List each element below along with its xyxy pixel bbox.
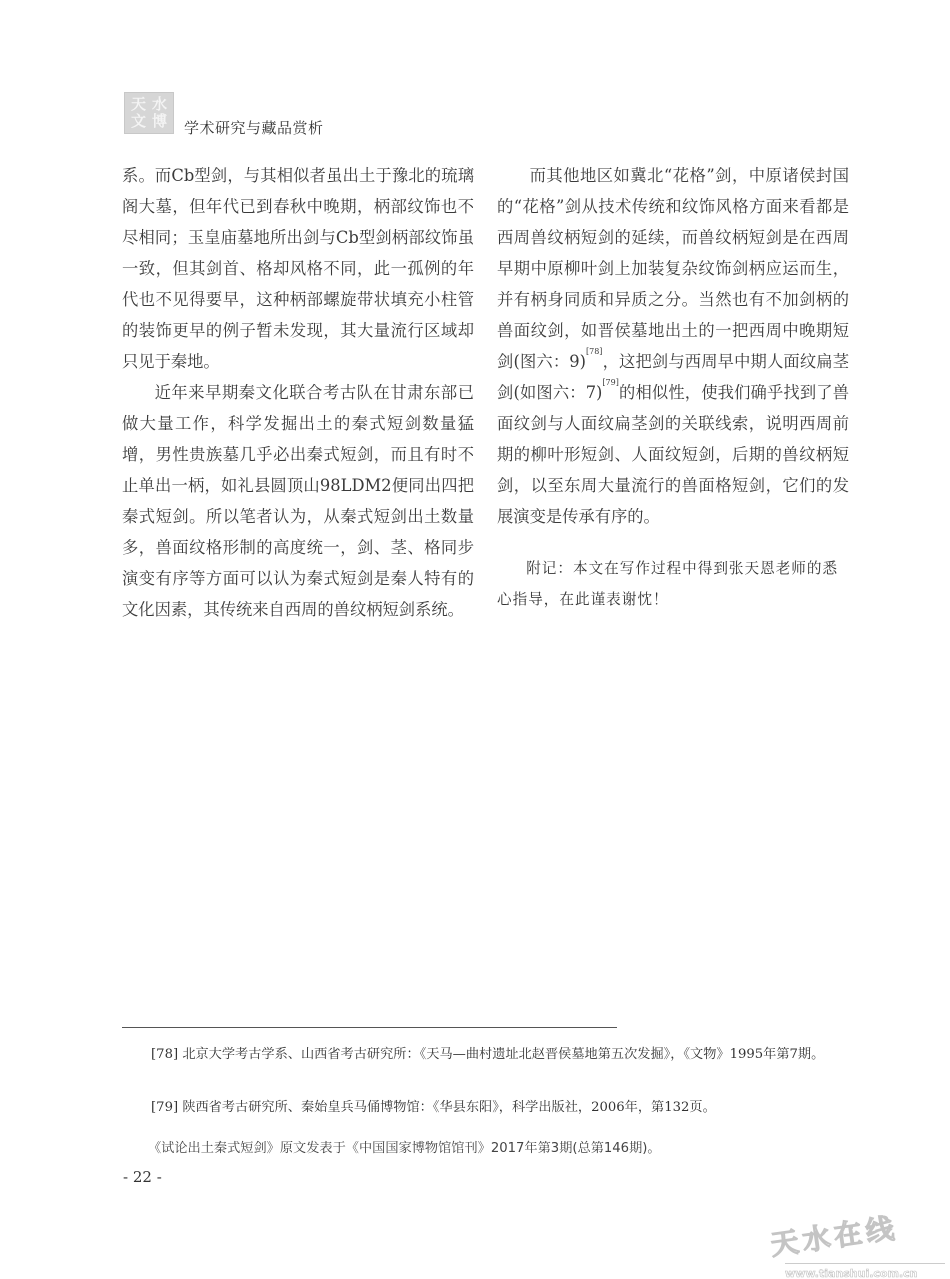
footnote-ref-78[interactable]: [78]	[586, 347, 602, 356]
journal-logo: 天 水 文 博	[124, 92, 174, 134]
watermark: 天水在线 www.tianshui.com.cn	[770, 1215, 950, 1279]
footnote-divider	[122, 1027, 617, 1028]
watermark-text: 天水在线	[768, 1206, 900, 1263]
footnote-text: 陕西省考古研究所、秦始皇兵马俑博物馆：《华县东阳》，科学出版社，2006年，第1…	[182, 1100, 715, 1115]
logo-char: 文	[128, 113, 149, 130]
right-column: 而其他地区如冀北“花格”剑，中原诸侯封国的“花格”剑从技术传统和纹饰风格方面来看…	[497, 160, 849, 532]
text-segment: 的相似性，使我们确乎找到了兽面纹剑与人面纹扁茎剑的关联线索，说明西周前期的柳叶形…	[497, 383, 849, 526]
source-note: 《试论出土秦式短剑》原文发表于《中国国家博物馆馆刊》2017年第3期(总第146…	[148, 1137, 661, 1156]
page-number: - 22 -	[123, 1168, 162, 1186]
footnote-number: [78]	[151, 1047, 178, 1062]
body-paragraph: 而其他地区如冀北“花格”剑，中原诸侯封国的“花格”剑从技术传统和纹饰风格方面来看…	[497, 160, 849, 532]
text-segment: 而其他地区如冀北“花格”剑，中原诸侯封国的“花格”剑从技术传统和纹饰风格方面来看…	[497, 166, 849, 371]
left-column: 系。而Cb型剑，与其相似者虽出土于豫北的琉璃阁大墓，但年代已到春秋中晚期，柄部纹…	[122, 160, 474, 625]
logo-char: 博	[149, 113, 170, 130]
footnote-number: [79]	[151, 1100, 178, 1115]
footnote-text: 北京大学考古学系、山西省考古研究所：《天马—曲村遗址北赵晋侯墓地第五次发掘》，《…	[182, 1047, 824, 1062]
body-paragraph: 近年来早期秦文化联合考古队在甘肃东部已做大量工作，科学发掘出土的秦式短剑数量猛增…	[122, 377, 474, 625]
footnote-79: [79] 陕西省考古研究所、秦始皇兵马俑博物馆：《华县东阳》，科学出版社，200…	[122, 1096, 842, 1120]
watermark-divider	[785, 1263, 945, 1264]
logo-char: 水	[149, 96, 170, 113]
footnote-ref-79[interactable]: [79]	[602, 378, 618, 387]
footnote-78: [78] 北京大学考古学系、山西省考古研究所：《天马—曲村遗址北赵晋侯墓地第五次…	[122, 1043, 842, 1067]
logo-char: 天	[128, 96, 149, 113]
body-paragraph: 系。而Cb型剑，与其相似者虽出土于豫北的琉璃阁大墓，但年代已到春秋中晚期，柄部纹…	[122, 160, 474, 377]
acknowledgement: 附记：本文在写作过程中得到张天恩老师的悉心指导，在此谨表谢忱！	[497, 553, 842, 615]
watermark-url: www.tianshui.com.cn	[785, 1267, 917, 1279]
section-title: 学术研究与藏品赏析	[184, 117, 324, 138]
